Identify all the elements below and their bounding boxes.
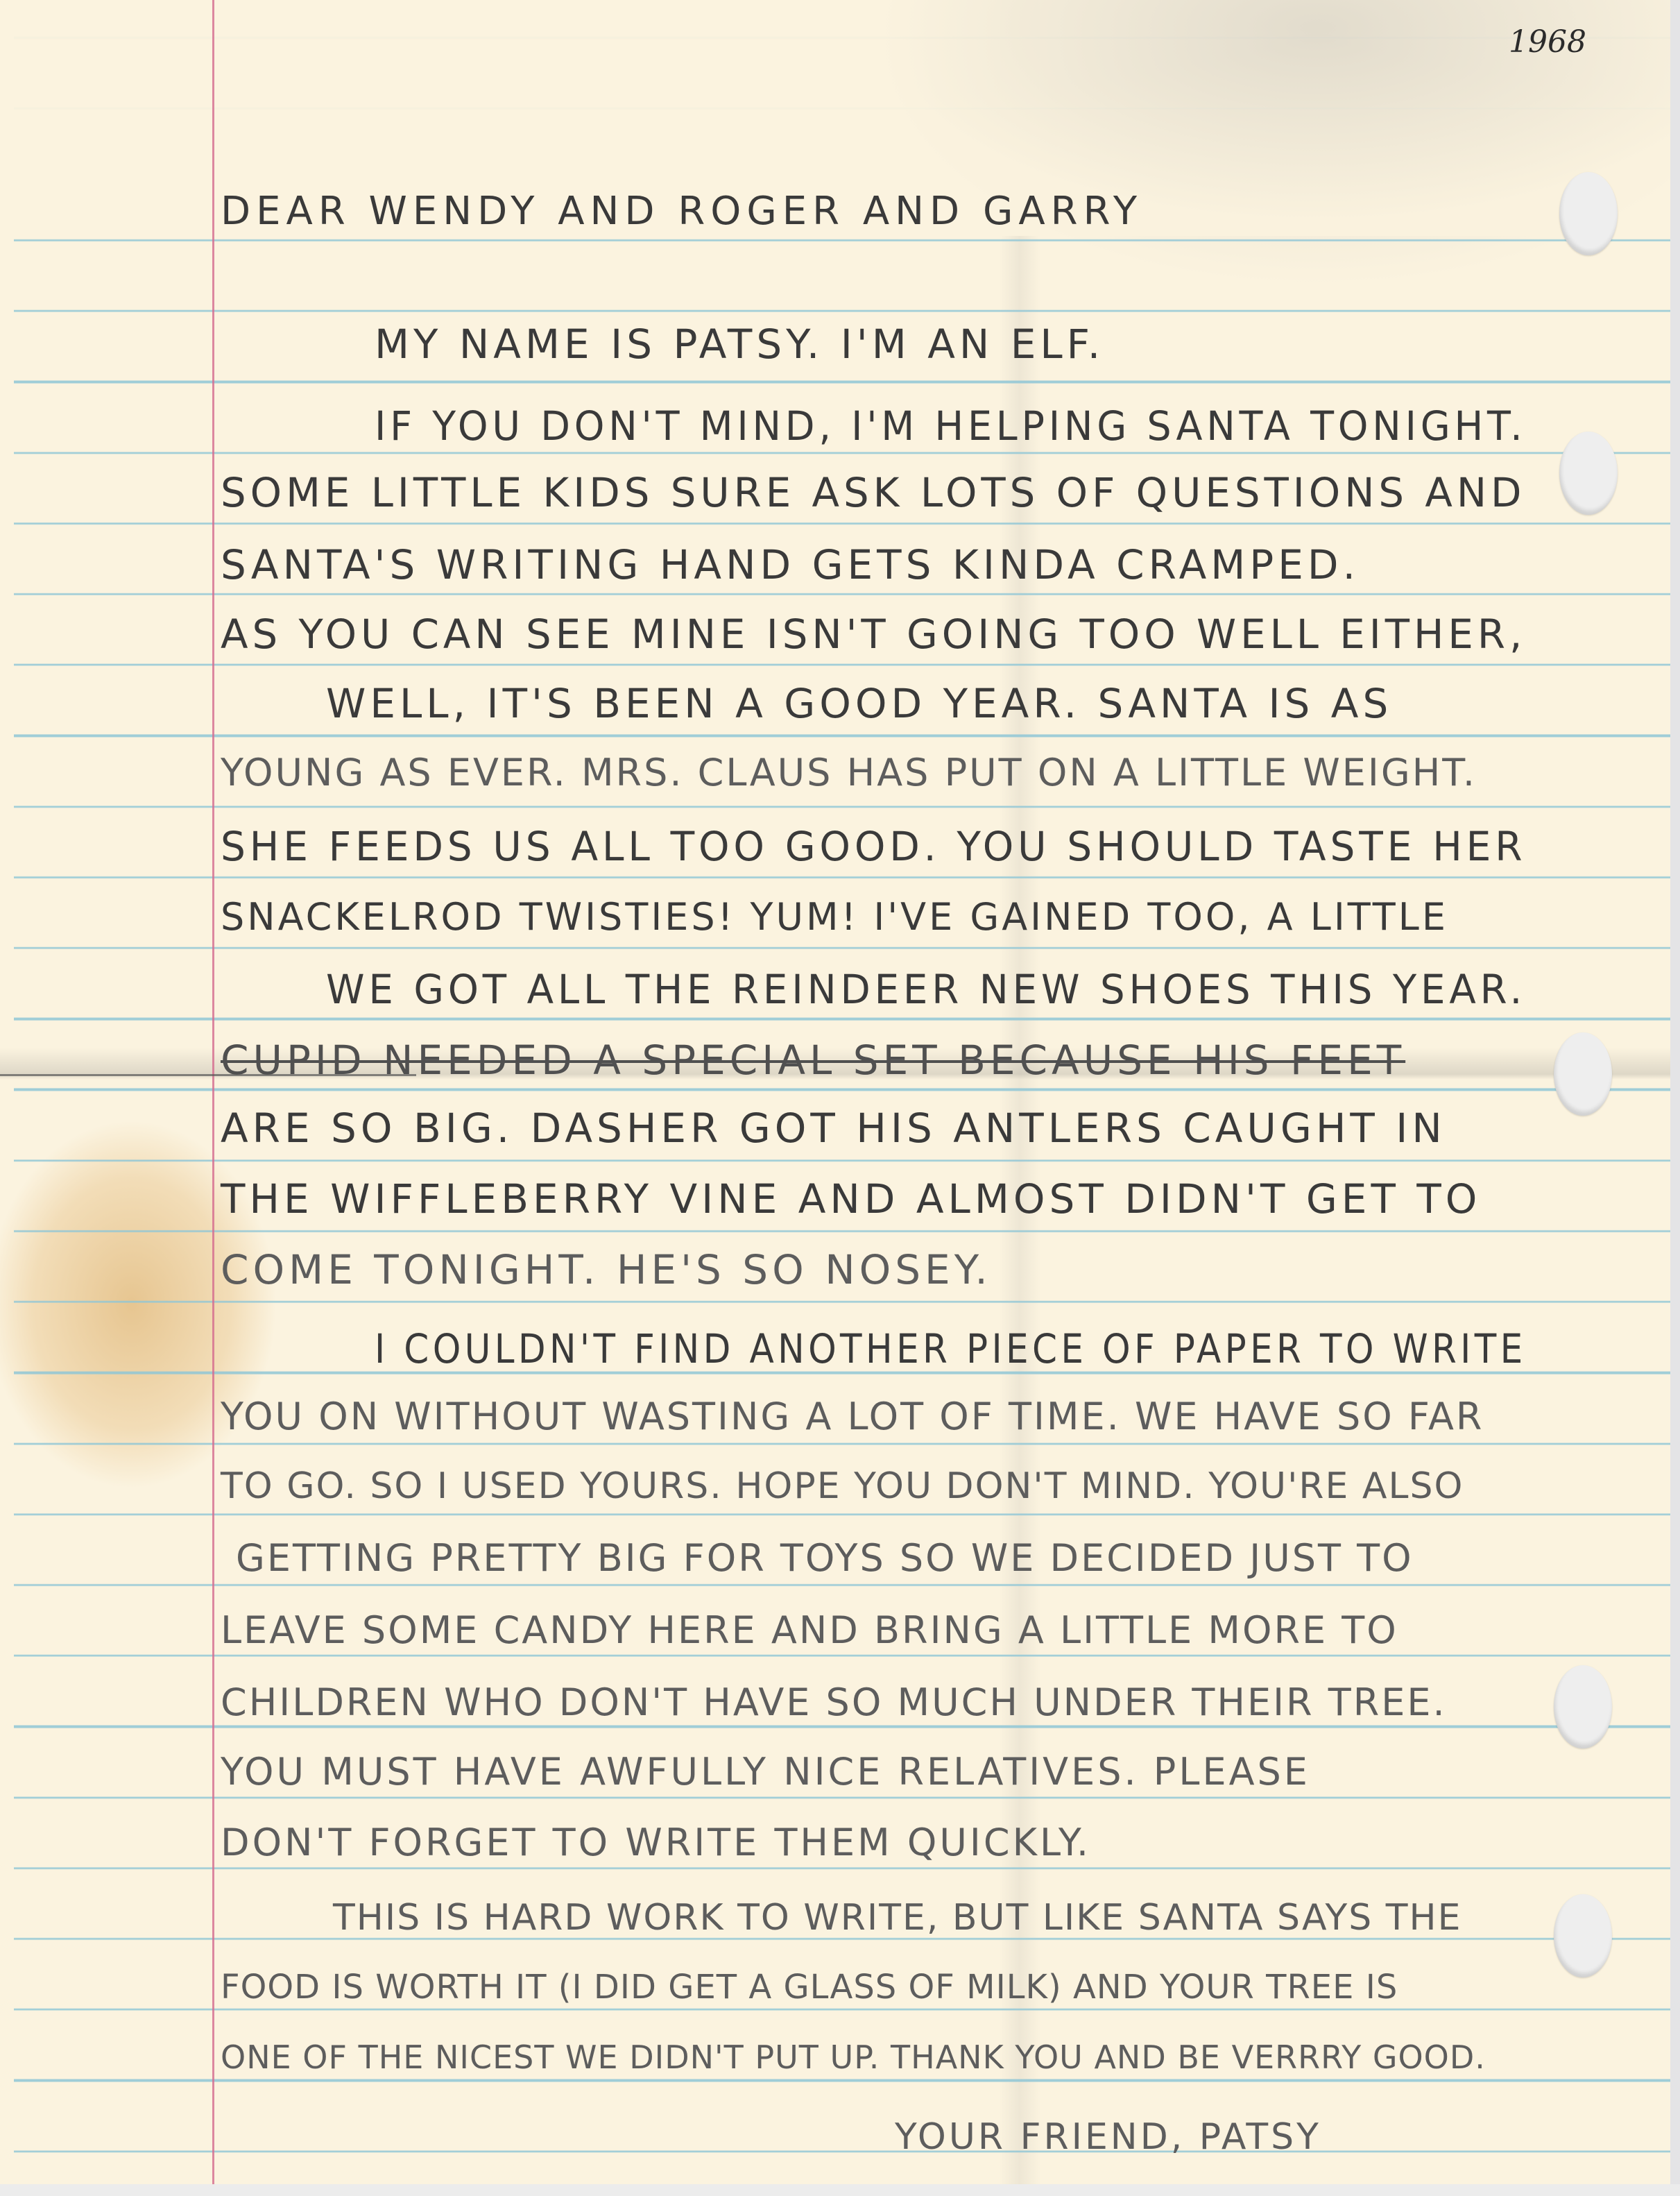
letter-line: YOU MUST HAVE AWFULLY NICE RELATIVES. PL… — [221, 1750, 1310, 1794]
letter-line: ARE SO BIG. DASHER GOT HIS ANTLERS CAUGH… — [221, 1105, 1446, 1152]
scan-edge — [1670, 0, 1680, 2196]
letter-line: I COULDN'T FIND ANOTHER PIECE OF PAPER T… — [375, 1325, 1527, 1372]
letter-line: WE GOT ALL THE REINDEER NEW SHOES THIS Y… — [326, 966, 1526, 1013]
closing-signature: YOUR FRIEND, PATSY — [895, 2116, 1321, 2158]
binder-hole — [1554, 1032, 1612, 1116]
letter-line: YOU ON WITHOUT WASTING A LOT OF TIME. WE… — [221, 1395, 1484, 1438]
scan-bottom-edge — [0, 2184, 1680, 2196]
letter-line: ONE OF THE NICEST WE DIDN'T PUT UP. THAN… — [221, 2038, 1486, 2076]
crossed-out-line: CUPID NEEDED A SPECIAL SET BECAUSE HIS F… — [221, 1037, 1405, 1084]
year-note: 1968 — [1509, 24, 1586, 60]
letter-paper: 1968 DEAR WENDY AND ROGER AND GARRY MY N… — [0, 0, 1670, 2184]
letter-line: YOUNG AS EVER. MRS. CLAUS HAS PUT ON A L… — [221, 751, 1477, 794]
letter-line: SOME LITTLE KIDS SURE ASK LOTS OF QUESTI… — [221, 469, 1526, 516]
letter-line: COME TONIGHT. HE'S SO NOSEY. — [221, 1246, 992, 1293]
letter-line: SANTA'S WRITING HAND GETS KINDA CRAMPED. — [221, 541, 1360, 588]
letter-line: GETTING PRETTY BIG FOR TOYS SO WE DECIDE… — [236, 1536, 1414, 1580]
letter-line: FOOD IS WORTH IT (I DID GET A GLASS OF M… — [221, 1968, 1398, 2007]
letter-line: THE WIFFLEBERRY VINE AND ALMOST DIDN'T G… — [221, 1175, 1481, 1223]
letter-line: IF YOU DON'T MIND, I'M HELPING SANTA TON… — [375, 402, 1527, 450]
letter-line: DON'T FORGET TO WRITE THEM QUICKLY. — [221, 1821, 1091, 1864]
binder-hole — [1554, 1894, 1612, 1977]
letter-line: SNACKELROD TWISTIES! YUM! I'VE GAINED TO… — [221, 895, 1448, 939]
margin-line — [212, 0, 214, 2184]
binder-hole — [1554, 1665, 1612, 1748]
letter-line: TO GO. SO I USED YOURS. HOPE YOU DON'T M… — [221, 1465, 1464, 1507]
letter-line: THIS IS HARD WORK TO WRITE, BUT LIKE SAN… — [333, 1897, 1462, 1939]
letter-line: MY NAME IS PATSY. I'M AN ELF. — [375, 321, 1104, 368]
letter-line: WELL, IT'S BEEN A GOOD YEAR. SANTA IS AS — [326, 680, 1392, 727]
binder-hole — [1559, 432, 1618, 515]
salutation: DEAR WENDY AND ROGER AND GARRY — [221, 189, 1142, 234]
letter-line: SHE FEEDS US ALL TOO GOOD. YOU SHOULD TA… — [221, 823, 1526, 870]
binder-hole — [1559, 172, 1618, 255]
letter-line: AS YOU CAN SEE MINE ISN'T GOING TOO WELL… — [221, 611, 1526, 658]
letter-line: CHILDREN WHO DON'T HAVE SO MUCH UNDER TH… — [221, 1680, 1447, 1724]
letter-line: LEAVE SOME CANDY HERE AND BRING A LITTLE… — [221, 1608, 1398, 1652]
